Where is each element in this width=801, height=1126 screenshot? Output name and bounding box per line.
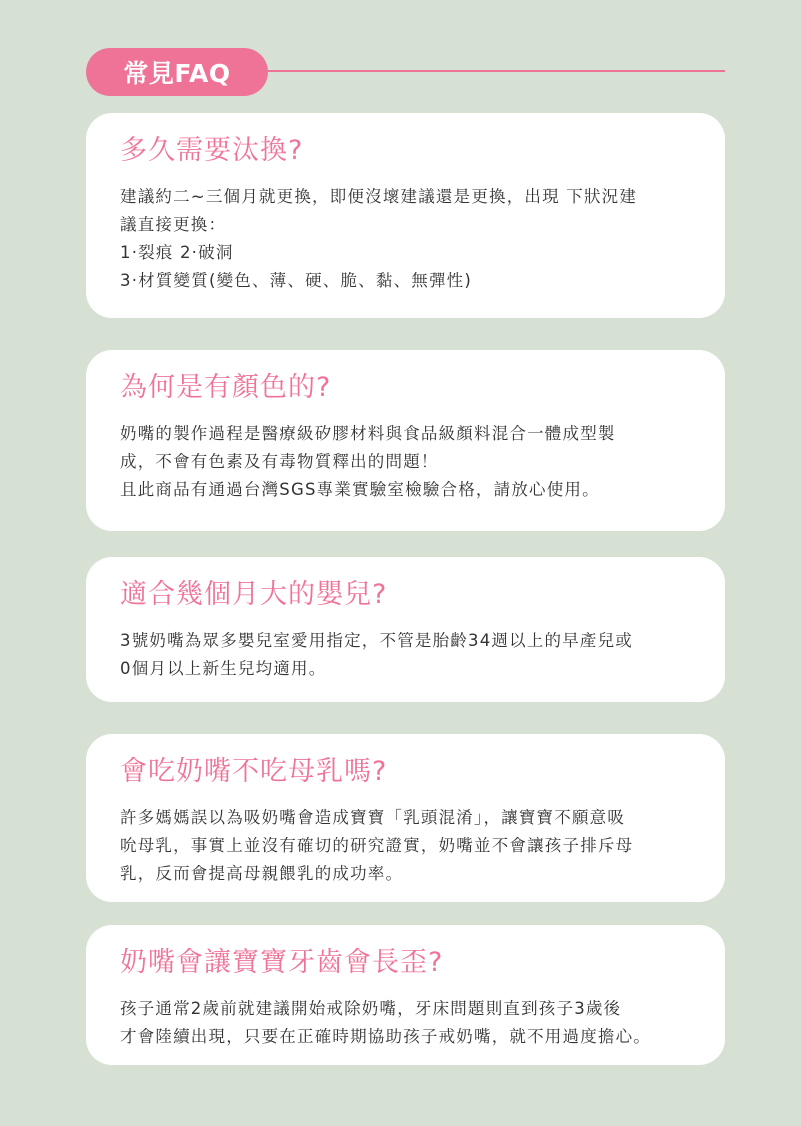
faq-card: 多久需要汰換? 建議約二~三個月就更換，即便沒壞建議還是更換，出現 下狀況建 議… [86, 113, 725, 318]
faq-question: 會吃奶嘴不吃母乳嗎? [120, 752, 695, 792]
faq-card: 適合幾個月大的嬰兒? 3號奶嘴為眾多嬰兒室愛用指定，不管是胎齡34週以上的早產兒… [86, 557, 725, 702]
faq-answer: 建議約二~三個月就更換，即便沒壞建議還是更換，出現 下狀況建 議直接更換： 1‧… [120, 183, 695, 295]
faq-header: 常見FAQ [86, 48, 726, 96]
faq-card: 奶嘴會讓寶寶牙齒會長歪? 孩子通常2歲前就建議開始戒除奶嘴，牙床問題則直到孩子3… [86, 925, 725, 1065]
faq-card: 為何是有顏色的? 奶嘴的製作過程是醫療級矽膠材料與食品級顏料混合一體成型製 成，… [86, 350, 725, 531]
faq-question: 奶嘴會讓寶寶牙齒會長歪? [120, 943, 695, 983]
faq-answer: 許多媽媽誤以為吸奶嘴會造成寶寶「乳頭混淆」，讓寶寶不願意吸 吮母乳，事實上並沒有… [120, 804, 695, 888]
faq-question: 多久需要汰換? [120, 131, 695, 171]
faq-question: 為何是有顏色的? [120, 368, 695, 408]
faq-answer: 3號奶嘴為眾多嬰兒室愛用指定，不管是胎齡34週以上的早產兒或 0個月以上新生兒均… [120, 627, 695, 683]
faq-answer: 孩子通常2歲前就建議開始戒除奶嘴，牙床問題則直到孩子3歲後 才會陸續出現，只要在… [120, 995, 695, 1051]
faq-answer: 奶嘴的製作過程是醫療級矽膠材料與食品級顏料混合一體成型製 成，不會有色素及有毒物… [120, 420, 695, 504]
faq-card: 會吃奶嘴不吃母乳嗎? 許多媽媽誤以為吸奶嘴會造成寶寶「乳頭混淆」，讓寶寶不願意吸… [86, 734, 725, 902]
header-divider-line [266, 70, 725, 72]
faq-question: 適合幾個月大的嬰兒? [120, 575, 695, 615]
faq-title-badge: 常見FAQ [86, 48, 268, 96]
